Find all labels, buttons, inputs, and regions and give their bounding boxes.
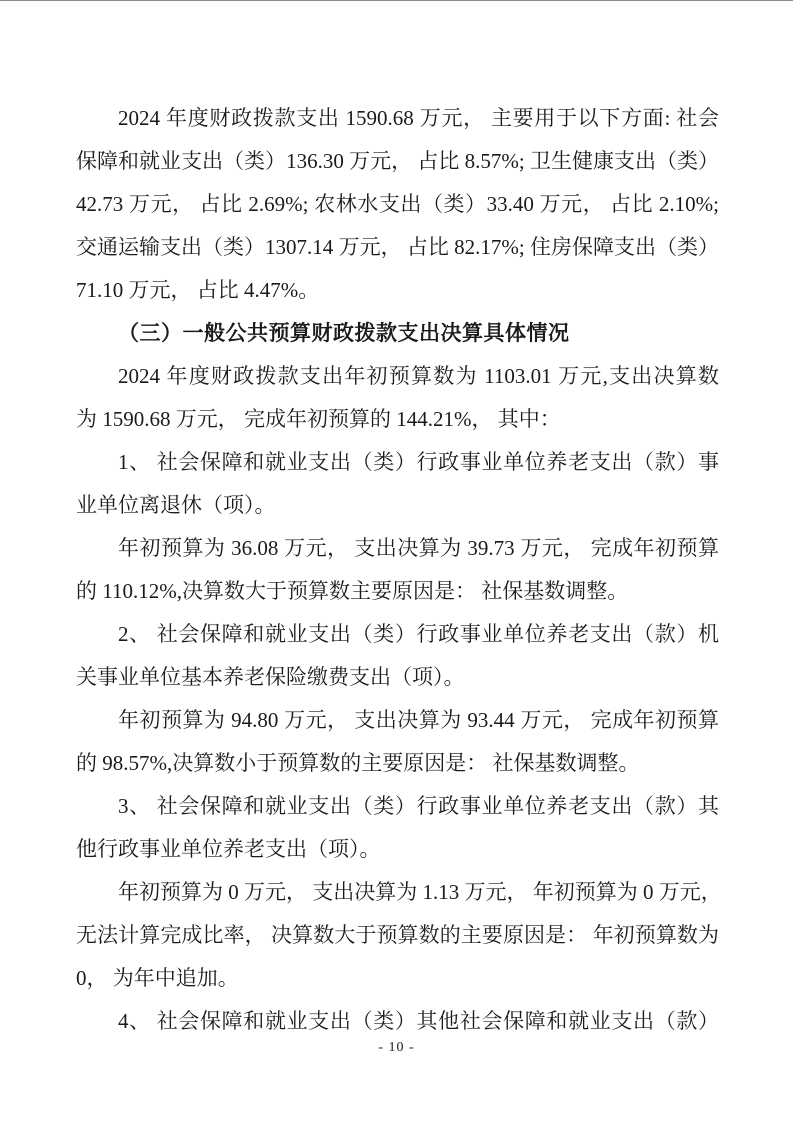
text-line: 的 110.12%,决算数大于预算数主要原因是： 社保基数调整。	[76, 570, 719, 613]
text-line: 交通运输支出（类）1307.14 万元， 占比 82.17%; 住房保障支出（类…	[76, 226, 719, 269]
paragraph: 年初预算为 36.08 万元， 支出决算为 39.73 万元， 完成年初预算的 …	[76, 527, 719, 613]
text-line: 无法计算完成比率， 决算数大于预算数的主要原因是： 年初预算数为	[76, 914, 719, 957]
text-line: 71.10 万元， 占比 4.47%。	[76, 269, 719, 312]
text-line: 他行政事业单位养老支出（项）。	[76, 828, 719, 871]
text-line: 年初预算为 0 万元， 支出决算为 1.13 万元， 年初预算为 0 万元，	[76, 871, 719, 914]
text-line: 业单位离退休（项）。	[76, 484, 719, 527]
paragraph: 2、 社会保障和就业支出（类）行政事业单位养老支出（款）机关事业单位基本养老保险…	[76, 613, 719, 699]
text-line: 2、 社会保障和就业支出（类）行政事业单位养老支出（款）机	[76, 613, 719, 656]
paragraph: 2024 年度财政拨款支出年初预算数为 1103.01 万元,支出决算数为 15…	[76, 355, 719, 441]
text-line: 为 1590.68 万元， 完成年初预算的 144.21%， 其中：	[76, 398, 719, 441]
paragraph: 1、 社会保障和就业支出（类）行政事业单位养老支出（款）事业单位离退休（项）。	[76, 441, 719, 527]
paragraph: 2024 年度财政拨款支出 1590.68 万元， 主要用于以下方面: 社会保障…	[76, 97, 719, 312]
document-body: 2024 年度财政拨款支出 1590.68 万元， 主要用于以下方面: 社会保障…	[76, 97, 719, 1043]
document-page: { "page": { "number": "- 10 -", "backgro…	[0, 0, 793, 1122]
text-line: 年初预算为 36.08 万元， 支出决算为 39.73 万元， 完成年初预算	[76, 527, 719, 570]
section-heading: （三）一般公共预算财政拨款支出决算具体情况	[76, 312, 719, 355]
text-line: 3、 社会保障和就业支出（类）行政事业单位养老支出（款）其	[76, 785, 719, 828]
page-number: - 10 -	[0, 1037, 793, 1059]
paragraph: 3、 社会保障和就业支出（类）行政事业单位养老支出（款）其他行政事业单位养老支出…	[76, 785, 719, 871]
paragraph: 年初预算为 0 万元， 支出决算为 1.13 万元， 年初预算为 0 万元，无法…	[76, 871, 719, 1000]
paragraph: 年初预算为 94.80 万元， 支出决算为 93.44 万元， 完成年初预算的 …	[76, 699, 719, 785]
text-line: 保障和就业支出（类）136.30 万元， 占比 8.57%; 卫生健康支出（类）	[76, 140, 719, 183]
text-line: 42.73 万元， 占比 2.69%; 农林水支出（类）33.40 万元， 占比…	[76, 183, 719, 226]
text-line: 2024 年度财政拨款支出年初预算数为 1103.01 万元,支出决算数	[76, 355, 719, 398]
text-line: 1、 社会保障和就业支出（类）行政事业单位养老支出（款）事	[76, 441, 719, 484]
text-line: 0， 为年中追加。	[76, 957, 719, 1000]
text-line: 年初预算为 94.80 万元， 支出决算为 93.44 万元， 完成年初预算	[76, 699, 719, 742]
text-line: 2024 年度财政拨款支出 1590.68 万元， 主要用于以下方面: 社会	[76, 97, 719, 140]
text-line: （三）一般公共预算财政拨款支出决算具体情况	[76, 312, 719, 355]
text-line: 关事业单位基本养老保险缴费支出（项）。	[76, 656, 719, 699]
text-line: 的 98.57%,决算数小于预算数的主要原因是： 社保基数调整。	[76, 742, 719, 785]
